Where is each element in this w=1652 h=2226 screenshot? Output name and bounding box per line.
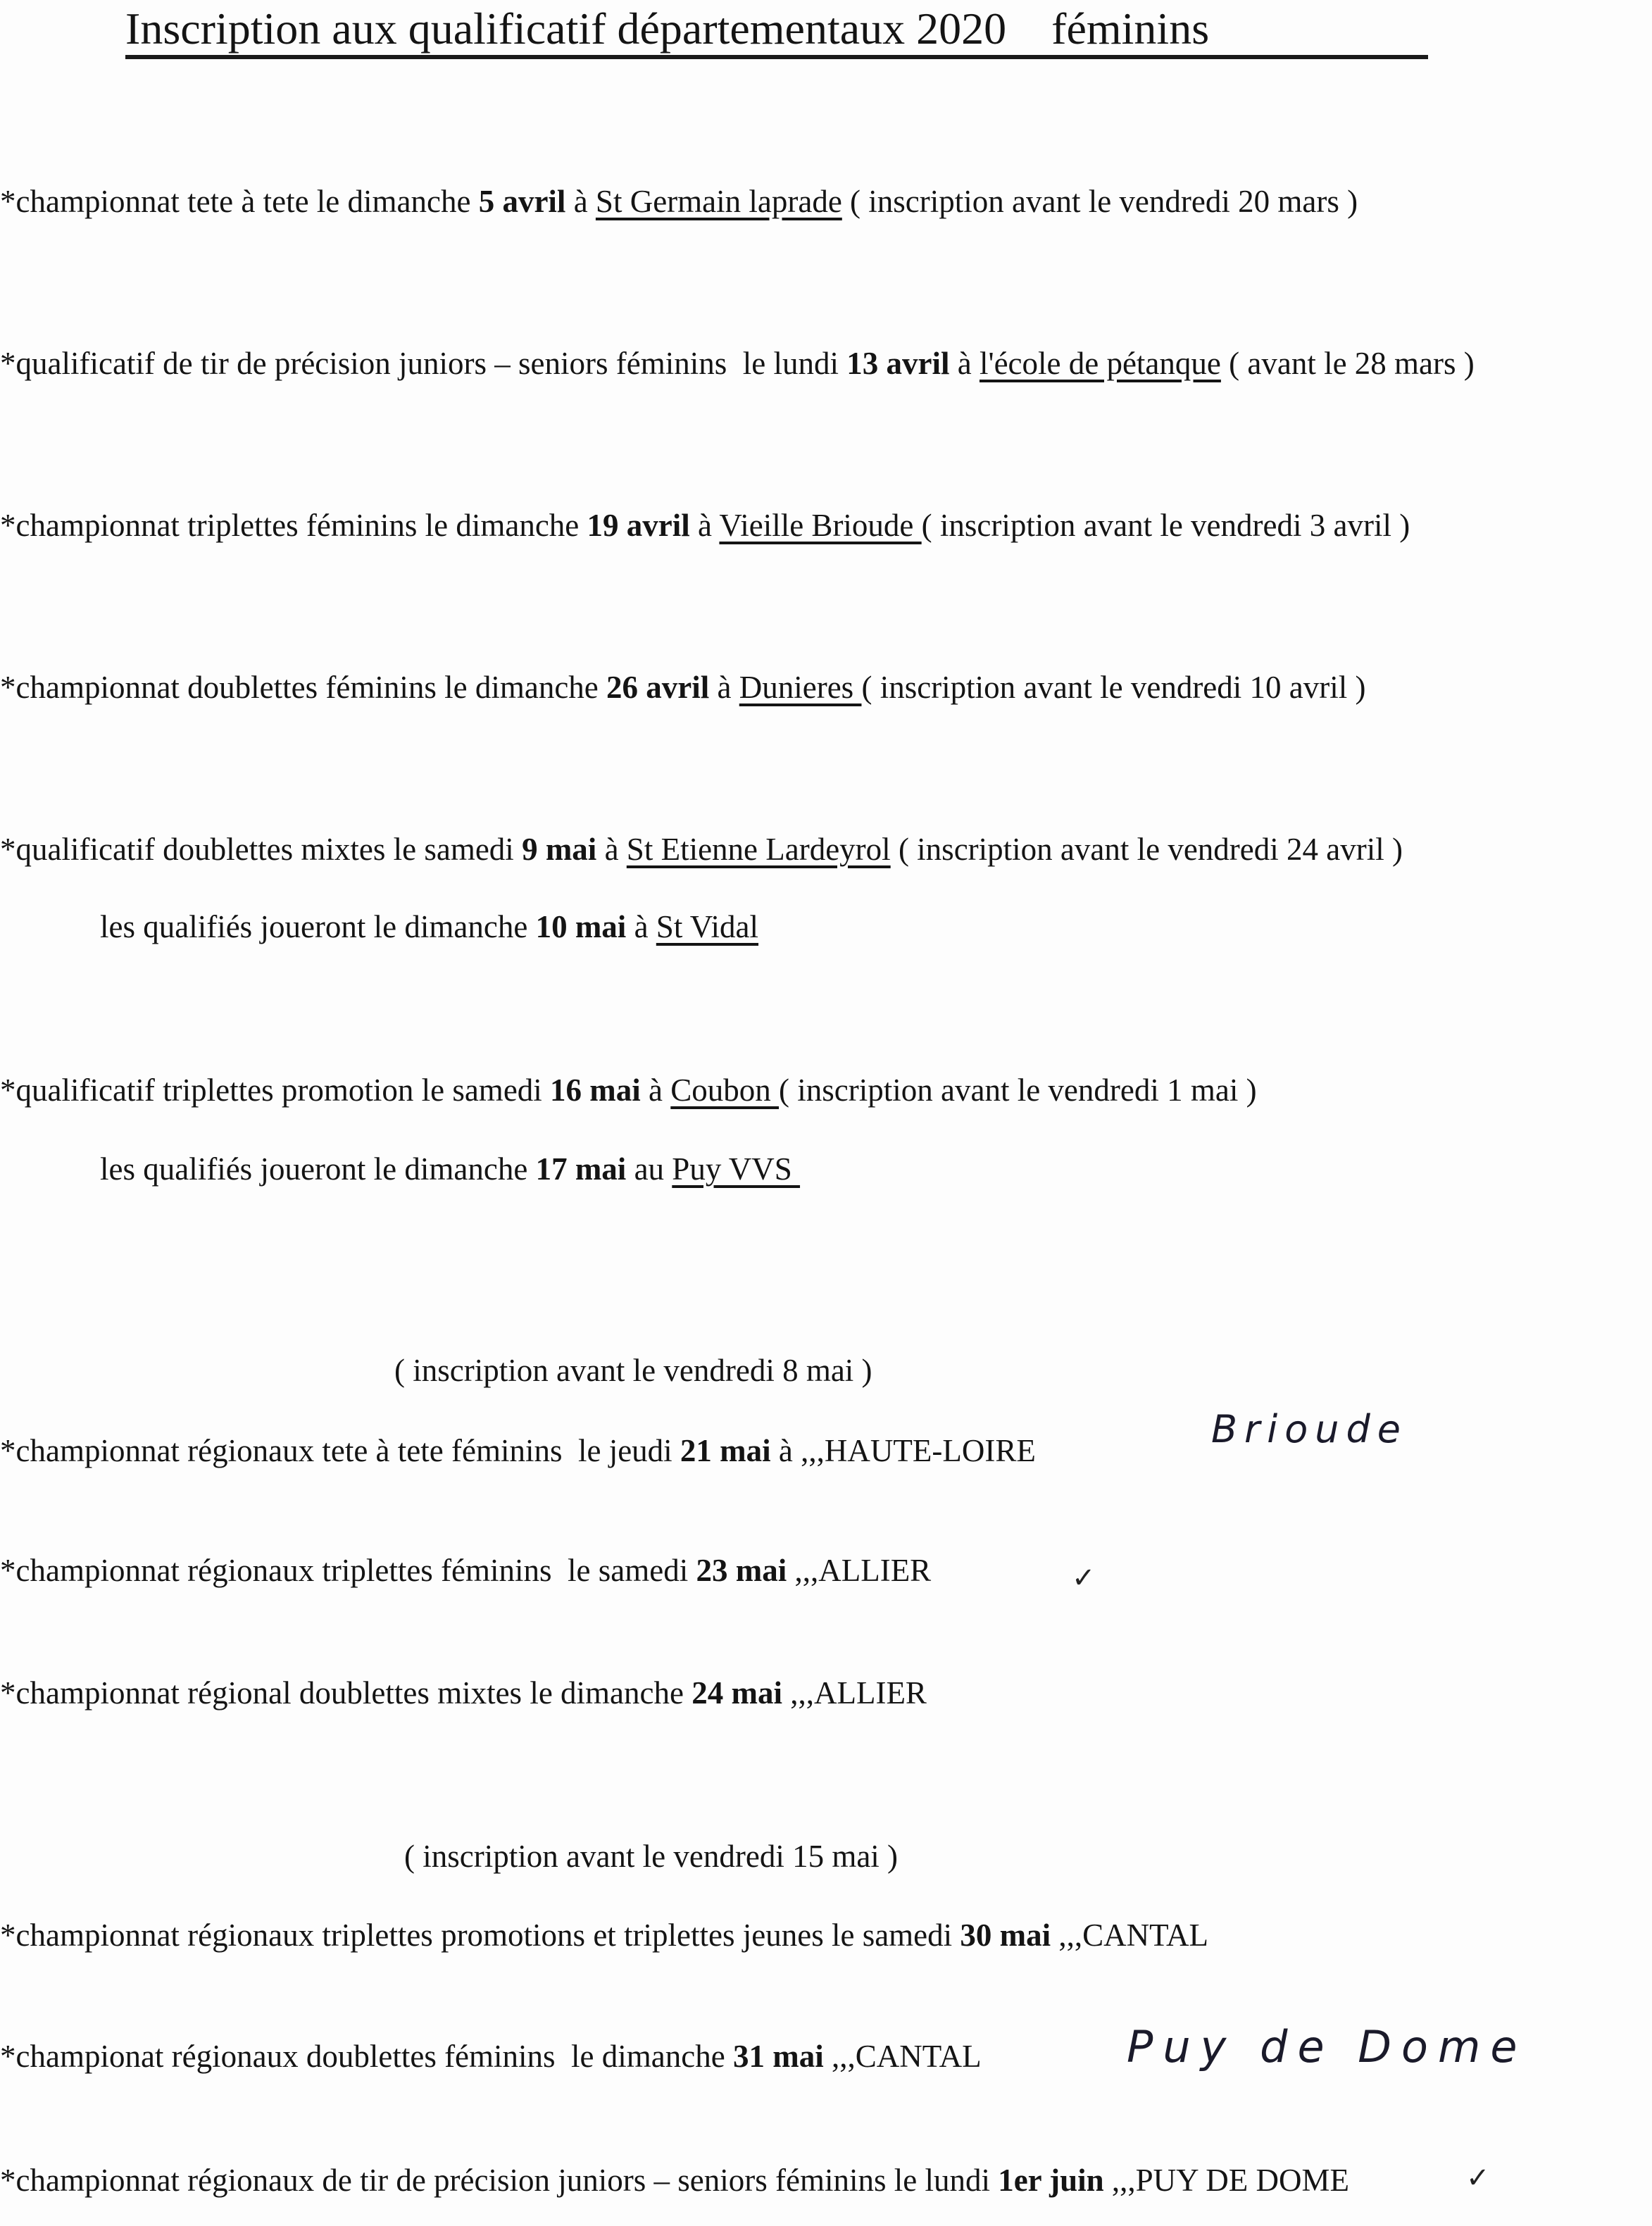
event-venue: St Vidal (656, 909, 758, 944)
regional-tir-precision: *championnat régionaux de tir de précisi… (0, 2161, 1349, 2200)
event-date: 9 mai (522, 832, 596, 867)
event-venue: l'école de pétanque (980, 346, 1221, 381)
event-venue: Coubon (670, 1073, 779, 1108)
event-date: 17 mai (536, 1151, 627, 1187)
event-date: 31 mai (733, 2039, 824, 2074)
event-date: 16 mai (550, 1073, 641, 1108)
event-venue: St Germain laprade (596, 184, 842, 219)
event-date: 5 avril (479, 184, 566, 219)
entry-tete-a-tete: *championnat tete à tete le dimanche 5 a… (0, 182, 1358, 221)
check-mark-icon: ✓ (1072, 1562, 1096, 1594)
event-date: 21 mai (680, 1433, 771, 1468)
event-venue: Puy VVS (672, 1151, 800, 1187)
entry-doublettes-mixtes: *qualificatif doublettes mixtes le samed… (0, 830, 1403, 869)
event-date: 26 avril (606, 670, 709, 705)
regional-tete-a-tete: *championnat régionaux tete à tete fémin… (0, 1431, 1036, 1470)
event-venue: St Etienne Lardeyrol (627, 832, 891, 867)
regional-doublettes-mixtes: *championnat régional doublettes mixtes … (0, 1673, 927, 1713)
regional-triplettes: *championnat régionaux triplettes fémini… (0, 1551, 931, 1590)
event-date: 10 mai (536, 909, 627, 944)
entry-doublettes-mixtes-final: les qualifiés joueront le dimanche 10 ma… (100, 907, 758, 946)
entry-doublettes: *championnat doublettes féminins le dima… (0, 668, 1365, 707)
event-date: 23 mai (696, 1553, 787, 1588)
event-venue: Vieille Brioude (719, 508, 921, 543)
document-title: Inscription aux qualificatif département… (125, 4, 1428, 59)
entry-tir-precision: *qualificatif de tir de précision junior… (0, 344, 1475, 383)
regional-doublettes-feminins: *championat régionaux doublettes féminin… (0, 2037, 982, 2076)
regional-triplettes-promotions: *championnat régionaux triplettes promot… (0, 1915, 1208, 1955)
check-mark-icon: ✓ (1466, 2162, 1490, 2194)
entry-triplettes: *championnat triplettes féminins le dima… (0, 506, 1410, 545)
event-date: 1er juin (998, 2163, 1103, 2198)
handwritten-note-puy-de-dome: Puy de Dome (1127, 2021, 1527, 2072)
regional-deadline-2: ( inscription avant le vendredi 15 mai ) (404, 1837, 898, 1876)
handwritten-note-brioude: Brioude (1211, 1407, 1408, 1451)
entry-triplettes-promotion-final: les qualifiés joueront le dimanche 17 ma… (100, 1149, 800, 1189)
regional-deadline-1: ( inscription avant le vendredi 8 mai ) (394, 1351, 872, 1390)
entry-triplettes-promotion: *qualificatif triplettes promotion le sa… (0, 1070, 1257, 1110)
event-venue: Dunieres (739, 670, 862, 705)
event-date: 19 avril (587, 508, 690, 543)
event-date: 24 mai (692, 1675, 782, 1711)
event-date: 30 mai (960, 1918, 1051, 1953)
event-date: 13 avril (846, 346, 949, 381)
